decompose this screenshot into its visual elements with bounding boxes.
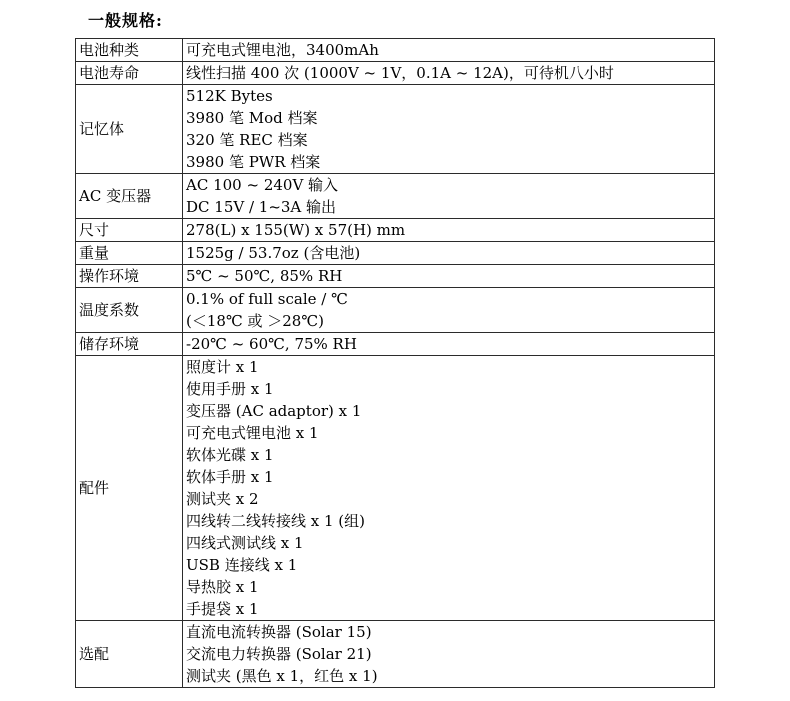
table-row: AC 变压器AC 100 ~ 240V 输入DC 15V / 1~3A 输出 [76,174,715,219]
spec-value: 照度计 x 1使用手册 x 1变压器 (AC adaptor) x 1可充电式锂… [183,356,715,621]
spec-line: 变压器 (AC adaptor) x 1 [186,400,711,422]
spec-line: 软体光碟 x 1 [186,444,711,466]
spec-label: 配件 [76,356,183,621]
spec-label: 记忆体 [76,85,183,174]
spec-line: 测试夹 (黑色 x 1，红色 x 1) [186,665,711,687]
spec-label: 重量 [76,242,183,265]
table-row: 记忆体512K Bytes3980 笔 Mod 档案320 笔 REC 档案39… [76,85,715,174]
spec-line: 278(L) x 155(W) x 57(H) mm [186,219,711,241]
spec-line: DC 15V / 1~3A 输出 [186,196,711,218]
spec-value: AC 100 ~ 240V 输入DC 15V / 1~3A 输出 [183,174,715,219]
spec-line: 512K Bytes [186,85,711,107]
spec-line: 手提袋 x 1 [186,598,711,620]
spec-label: 操作环境 [76,265,183,288]
spec-label: 储存环境 [76,333,183,356]
spec-label: 尺寸 [76,219,183,242]
spec-line: 可充电式锂电池，3400mAh [186,39,711,61]
table-row: 配件照度计 x 1使用手册 x 1变压器 (AC adaptor) x 1可充电… [76,356,715,621]
table-row: 重量1525g / 53.7oz (含电池) [76,242,715,265]
spec-value: 0.1% of full scale / ℃(＜18℃ 或 ＞28℃) [183,288,715,333]
spec-value: 5℃ ~ 50℃, 85% RH [183,265,715,288]
spec-line: 四线转二线转接线 x 1 (组) [186,510,711,532]
table-row: 储存环境-20℃ ~ 60℃, 75% RH [76,333,715,356]
spec-line: 线性扫描 400 次 (1000V ~ 1V，0.1A ~ 12A)，可待机八小… [186,62,711,84]
spec-value: -20℃ ~ 60℃, 75% RH [183,333,715,356]
spec-table: 电池种类可充电式锂电池，3400mAh电池寿命线性扫描 400 次 (1000V… [75,38,715,688]
spec-line: 四线式测试线 x 1 [186,532,711,554]
spec-value: 可充电式锂电池，3400mAh [183,39,715,62]
table-row: 电池种类可充电式锂电池，3400mAh [76,39,715,62]
spec-line: 3980 笔 PWR 档案 [186,151,711,173]
spec-line: 直流电流转换器 (Solar 15) [186,621,711,643]
table-row: 电池寿命线性扫描 400 次 (1000V ~ 1V，0.1A ~ 12A)，可… [76,62,715,85]
spec-label: 选配 [76,621,183,688]
spec-line: 导热胶 x 1 [186,576,711,598]
spec-line: -20℃ ~ 60℃, 75% RH [186,333,711,355]
spec-value: 直流电流转换器 (Solar 15)交流电力转换器 (Solar 21)测试夹 … [183,621,715,688]
spec-label: 电池寿命 [76,62,183,85]
spec-value: 1525g / 53.7oz (含电池) [183,242,715,265]
spec-line: (＜18℃ 或 ＞28℃) [186,310,711,332]
spec-table-body: 电池种类可充电式锂电池，3400mAh电池寿命线性扫描 400 次 (1000V… [76,39,715,688]
spec-label: 电池种类 [76,39,183,62]
spec-value: 512K Bytes3980 笔 Mod 档案320 笔 REC 档案3980 … [183,85,715,174]
spec-line: 可充电式锂电池 x 1 [186,422,711,444]
spec-line: 1525g / 53.7oz (含电池) [186,242,711,264]
table-row: 选配直流电流转换器 (Solar 15)交流电力转换器 (Solar 21)测试… [76,621,715,688]
table-row: 尺寸278(L) x 155(W) x 57(H) mm [76,219,715,242]
spec-line: USB 连接线 x 1 [186,554,711,576]
spec-line: 测试夹 x 2 [186,488,711,510]
spec-label: AC 变压器 [76,174,183,219]
spec-line: 照度计 x 1 [186,356,711,378]
spec-label: 温度系数 [76,288,183,333]
spec-line: 3980 笔 Mod 档案 [186,107,711,129]
spec-line: 交流电力转换器 (Solar 21) [186,643,711,665]
spec-line: 使用手册 x 1 [186,378,711,400]
spec-value: 278(L) x 155(W) x 57(H) mm [183,219,715,242]
spec-line: 软体手册 x 1 [186,466,711,488]
spec-line: 320 笔 REC 档案 [186,129,711,151]
spec-line: 5℃ ~ 50℃, 85% RH [186,265,711,287]
page-title: 一般规格: [88,8,163,31]
spec-value: 线性扫描 400 次 (1000V ~ 1V，0.1A ~ 12A)，可待机八小… [183,62,715,85]
table-row: 操作环境5℃ ~ 50℃, 85% RH [76,265,715,288]
spec-line: 0.1% of full scale / ℃ [186,288,711,310]
table-row: 温度系数0.1% of full scale / ℃(＜18℃ 或 ＞28℃) [76,288,715,333]
spec-line: AC 100 ~ 240V 输入 [186,174,711,196]
